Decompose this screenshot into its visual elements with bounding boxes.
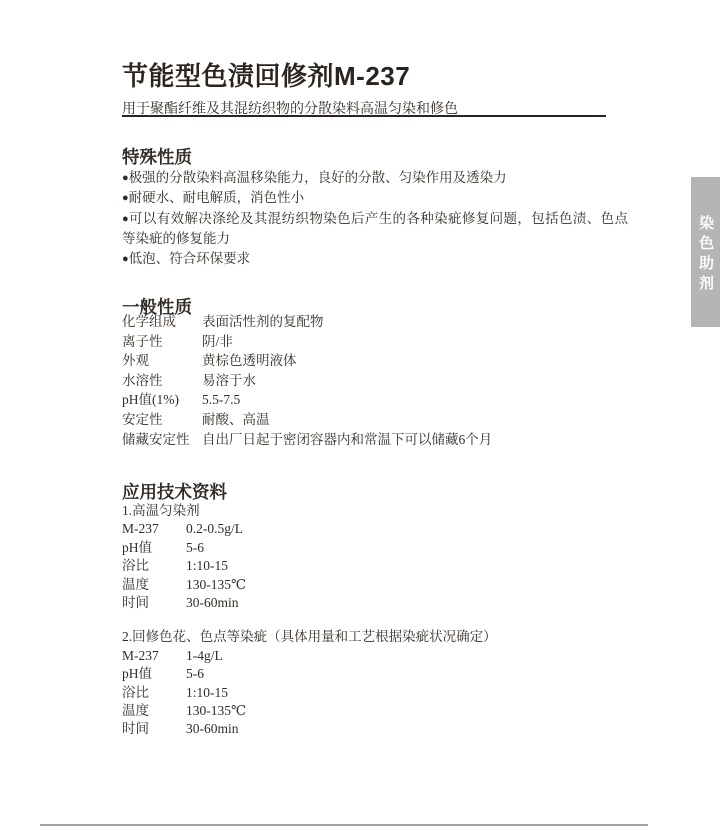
table-row: 时间30-60min (122, 594, 628, 612)
bullet-text: 耐硬水、耐电解质，消色性小 (129, 190, 305, 205)
bullet-text: 低泡、符合环保要求 (129, 251, 251, 266)
bullet-icon: ● (122, 172, 129, 184)
table-row: 安定性耐酸、高温 (122, 410, 628, 430)
row-label: 外观 (122, 351, 202, 371)
table-row: M-2370.2-0.5g/L (122, 520, 628, 538)
table-row: 浴比1:10-15 (122, 557, 628, 575)
row-value: 表面活性剂的复配物 (202, 312, 324, 332)
general-properties-table: 化学组成表面活性剂的复配物 离子性阴/非 外观黄棕色透明液体 水溶性易溶于水 p… (122, 312, 628, 449)
row-value: 30-60min (186, 720, 239, 738)
bullet-icon: ● (122, 213, 129, 225)
row-label: pH值 (122, 665, 186, 683)
row-label: 时间 (122, 594, 186, 612)
row-value: 黄棕色透明液体 (202, 351, 297, 371)
page-title: 节能型色渍回修剂M-237 (122, 56, 410, 93)
table-row: pH值5-6 (122, 665, 628, 683)
table-row: M-2371-4g/L (122, 647, 628, 665)
document-page: 节能型色渍回修剂M-237 用于聚酯纤维及其混纺织物的分散染料高温匀染和修色 特… (0, 0, 728, 831)
subsection-title: 2.回修色花、色点等染疵（具体用量和工艺根据染疵状况确定） (122, 628, 628, 646)
table-row: 离子性阴/非 (122, 332, 628, 352)
row-value: 130-135℃ (186, 702, 246, 720)
row-value: 易溶于水 (202, 371, 256, 391)
row-label: 化学组成 (122, 312, 202, 332)
chapter-side-tab: 染色助剂 (691, 177, 720, 327)
row-label: M-237 (122, 520, 186, 538)
list-item: ●极强的分散染料高温移染能力，良好的分散、匀染作用及透染力 (122, 168, 628, 188)
row-label: pH值 (122, 539, 186, 557)
subsection-title: 1.高温匀染剂 (122, 502, 628, 520)
table-row: 外观黄棕色透明液体 (122, 351, 628, 371)
row-value: 0.2-0.5g/L (186, 520, 243, 538)
row-value: 1-4g/L (186, 647, 223, 665)
row-value: 30-60min (186, 594, 239, 612)
application-subsection-2: 2.回修色花、色点等染疵（具体用量和工艺根据染疵状况确定） M-2371-4g/… (122, 628, 628, 738)
row-label: 温度 (122, 702, 186, 720)
row-value: 1:10-15 (186, 684, 228, 702)
page-footer-rule (40, 824, 648, 826)
list-item: ●耐硬水、耐电解质，消色性小 (122, 188, 628, 208)
chapter-side-tab-label: 染色助剂 (695, 215, 716, 295)
application-data-content: 1.高温匀染剂 M-2370.2-0.5g/L pH值5-6 浴比1:10-15… (122, 502, 628, 739)
list-item: ●低泡、符合环保要求 (122, 249, 628, 269)
table-row: 时间30-60min (122, 720, 628, 738)
row-label: pH值(1%) (122, 390, 202, 410)
row-value: 耐酸、高温 (202, 410, 270, 430)
table-row: 储藏安定性自出厂日起于密闭容器内和常温下可以储藏6个月 (122, 430, 628, 450)
row-label: 离子性 (122, 332, 202, 352)
row-value: 阴/非 (202, 332, 233, 352)
bullet-icon: ● (122, 253, 129, 265)
row-label: M-237 (122, 647, 186, 665)
row-value: 1:10-15 (186, 557, 228, 575)
list-item: ●可以有效解决涤纶及其混纺织物染色后产生的各种染疵修复问题，包括色渍、色点等染疵… (122, 209, 628, 249)
row-value: 5-6 (186, 665, 204, 683)
table-row: 温度130-135℃ (122, 576, 628, 594)
row-label: 浴比 (122, 684, 186, 702)
row-value: 5.5-7.5 (202, 390, 240, 410)
section-heading-special-properties: 特殊性质 (122, 144, 192, 169)
row-label: 水溶性 (122, 371, 202, 391)
row-label: 储藏安定性 (122, 430, 202, 450)
table-row: 温度130-135℃ (122, 702, 628, 720)
bullet-icon: ● (122, 192, 129, 204)
row-label: 安定性 (122, 410, 202, 430)
table-row: pH值5-6 (122, 539, 628, 557)
row-value: 5-6 (186, 539, 204, 557)
table-row: 浴比1:10-15 (122, 684, 628, 702)
bullet-text: 可以有效解决涤纶及其混纺织物染色后产生的各种染疵修复问题，包括色渍、色点等染疵的… (122, 211, 628, 246)
section-heading-application-data: 应用技术资料 (122, 479, 227, 504)
bullet-text: 极强的分散染料高温移染能力，良好的分散、匀染作用及透染力 (129, 170, 507, 185)
row-value: 自出厂日起于密闭容器内和常温下可以储藏6个月 (202, 430, 492, 450)
special-properties-list: ●极强的分散染料高温移染能力，良好的分散、匀染作用及透染力 ●耐硬水、耐电解质，… (122, 168, 628, 269)
table-row: 水溶性易溶于水 (122, 371, 628, 391)
row-label: 浴比 (122, 557, 186, 575)
row-value: 130-135℃ (186, 576, 246, 594)
row-label: 时间 (122, 720, 186, 738)
title-underline (122, 115, 606, 117)
table-row: 化学组成表面活性剂的复配物 (122, 312, 628, 332)
application-subsection-1: 1.高温匀染剂 M-2370.2-0.5g/L pH值5-6 浴比1:10-15… (122, 502, 628, 612)
row-label: 温度 (122, 576, 186, 594)
table-row: pH值(1%)5.5-7.5 (122, 390, 628, 410)
